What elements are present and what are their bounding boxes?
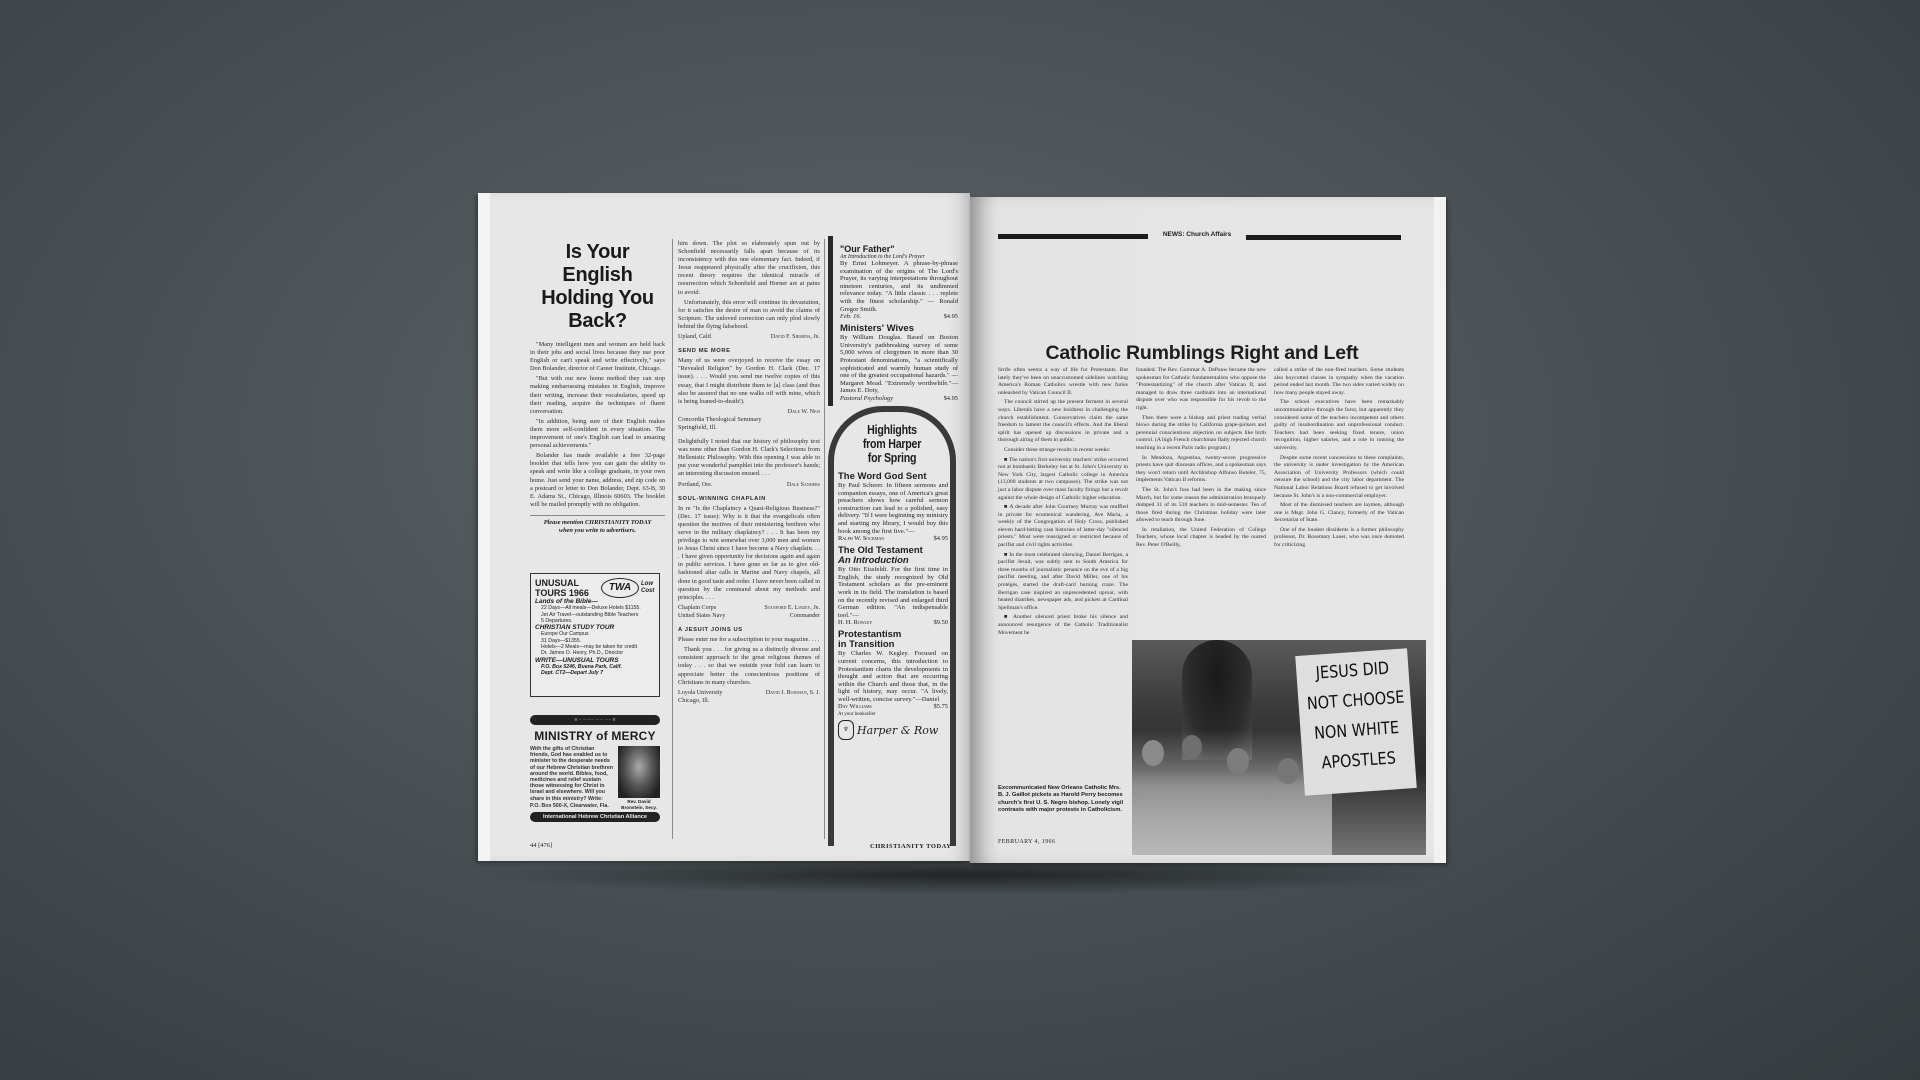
person-head bbox=[1182, 735, 1202, 759]
signature-place: Upland, Calif. bbox=[678, 333, 713, 341]
signature-place: Loyola University bbox=[678, 689, 723, 697]
paragraph: The St. John's fuss had been in the maki… bbox=[1136, 487, 1266, 525]
book-price: $5.75 bbox=[934, 703, 948, 710]
advertiser-note-line: when you write to advertisers. bbox=[530, 527, 665, 535]
paragraph: In re "Is the Chaplaincy a Quasi-Religio… bbox=[678, 505, 820, 602]
photo-caption: Bronstein, Secy. bbox=[618, 805, 660, 811]
paragraph: "Many intelligent men and women are held… bbox=[530, 341, 665, 373]
book-title: The Word God Sent bbox=[838, 472, 948, 482]
paragraph: The council stirred up the present ferme… bbox=[998, 399, 1128, 445]
signature-name: David F. Siemens, Jr. bbox=[771, 333, 820, 341]
paragraph: Despite some recent concessions to these… bbox=[1274, 455, 1404, 501]
article-column-3: called a strike of the non-fired teacher… bbox=[1274, 367, 1404, 552]
twa-tours-ad: UNUSUAL TOURS 1966 TWA Low Cost Lands of… bbox=[530, 573, 660, 697]
mercy-title: MINISTRY of MERCY bbox=[530, 729, 660, 743]
book-source: Pastoral Psychology bbox=[840, 395, 893, 402]
headline-line: Back? bbox=[530, 310, 665, 333]
paragraph: called a strike of the non-fired teacher… bbox=[1274, 367, 1404, 397]
hebrew-banner: ✡ ·· ········· ······ ····· ✡ bbox=[530, 715, 660, 725]
book-source: H. H. Rowley bbox=[838, 619, 872, 626]
person-head bbox=[1277, 758, 1299, 784]
paragraph: Thank you . . . for giving us a distinct… bbox=[678, 646, 820, 686]
signature-place: Portland, Ore. bbox=[678, 481, 712, 489]
paragraph: Consider these strange results in recent… bbox=[998, 447, 1128, 455]
harper-torch-logo-icon: ♆ bbox=[838, 720, 854, 740]
article-column-2: founded. The Rev. Gommar A. DePauw becam… bbox=[1136, 367, 1266, 552]
paragraph: One of the loudest dissidents is a forme… bbox=[1274, 527, 1404, 550]
book-source: Day Williams bbox=[838, 703, 872, 710]
article-column-1: Strife often seems a way of life for Pro… bbox=[998, 367, 1128, 639]
signature-name: Dale W. Nesi bbox=[788, 408, 820, 416]
highlights-line: for Spring bbox=[851, 451, 933, 465]
english-ad-headline: Is Your English Holding You Back? bbox=[530, 241, 665, 333]
twa-line: Dr. James O. Henry, Ph.D., Director bbox=[541, 650, 655, 656]
issue-date: FEBRUARY 4, 1966 bbox=[998, 839, 1055, 845]
advertiser-note: Please mention CHRISTIANITY TODAY when y… bbox=[530, 515, 665, 535]
signature-place: United States Navy bbox=[678, 612, 725, 620]
book-description: By Ernst Lohmeyer. A phrase-by-phrase ex… bbox=[840, 260, 958, 313]
paragraph: The school executives have been remarkab… bbox=[1274, 399, 1404, 452]
page-number: 44 [476] bbox=[530, 842, 552, 849]
twa-title: TOURS 1966 bbox=[535, 588, 589, 598]
book-subtitle: An Introduction bbox=[838, 556, 948, 566]
protest-photo: JESUS DID NOT CHOOSE NON WHITE APOSTLES bbox=[1132, 640, 1426, 855]
paragraph: Please enter me for a subscription to yo… bbox=[678, 636, 820, 644]
letter-heading: SEND ME MORE bbox=[678, 347, 820, 355]
english-ad: Is Your English Holding You Back? "Many … bbox=[530, 241, 665, 535]
headline-line: Holding You bbox=[530, 287, 665, 310]
person-head bbox=[1227, 748, 1249, 774]
paragraph: Bolander has made available a free 32-pa… bbox=[530, 452, 665, 509]
publisher-name: Harper & Row bbox=[857, 724, 938, 737]
signature-place: Concordia Theological Seminary bbox=[678, 416, 820, 424]
twa-line: Dept. CT2—Depart July 7 bbox=[541, 670, 655, 676]
mercy-address: P.O. Box 500-X, Clearwater, Fla. bbox=[530, 803, 614, 809]
section-label: NEWS: Church Affairs bbox=[1152, 231, 1242, 238]
paragraph: founded. The Rev. Gommar A. DePauw becam… bbox=[1136, 367, 1266, 413]
paragraph: him down. The plot so elaborately spun o… bbox=[678, 240, 820, 297]
signature-place: Chicago, Ill. bbox=[678, 697, 820, 705]
signature-name: Dale Sanders bbox=[787, 481, 820, 489]
column-divider bbox=[824, 239, 825, 839]
harper-row-ad: "Our Father" An Introduction to the Lord… bbox=[828, 236, 968, 846]
signature-place: Springfield, Ill. bbox=[678, 424, 820, 432]
book-title: Ministers' Wives bbox=[840, 324, 958, 334]
book-description: By Charles W. Kegley. Focused on current… bbox=[838, 650, 948, 703]
book-price: $4.95 bbox=[934, 535, 948, 542]
highlights-line: Highlights bbox=[851, 423, 933, 437]
paragraph: ■ The nation's first university teachers… bbox=[998, 457, 1128, 503]
twa-logo: TWA bbox=[601, 578, 639, 598]
person-head bbox=[1142, 740, 1164, 766]
english-ad-body: "Many intelligent men and women are held… bbox=[530, 341, 665, 509]
twa-title: UNUSUAL bbox=[535, 578, 589, 588]
bookseller-note: At your bookseller bbox=[838, 712, 948, 717]
letters-column: him down. The plot so elaborately spun o… bbox=[678, 240, 820, 705]
paragraph: Most of the dismissed teachers are layme… bbox=[1274, 502, 1404, 525]
book-source: Ralph W. Sockman bbox=[838, 535, 884, 542]
paragraph: "But with our new home method they can s… bbox=[530, 375, 665, 415]
highlights-line: from Harper bbox=[851, 437, 933, 451]
letter-heading: SOUL-WINNING CHAPLAIN bbox=[678, 495, 820, 503]
paragraph: Strife often seems a way of life for Pro… bbox=[998, 367, 1128, 397]
signature-name: David J. Bowman, S. J. bbox=[766, 689, 820, 697]
paragraph: "In addition, being sure of their Englis… bbox=[530, 418, 665, 450]
twa-line: 22 Days—All meals—Deluxe Hotels $1155. bbox=[541, 605, 655, 611]
magazine-name: CHRISTIANITY TODAY bbox=[870, 843, 951, 850]
paragraph: In retaliation, the United Federation of… bbox=[1136, 527, 1266, 550]
mercy-body: With the gifts of Christian friends, God… bbox=[530, 746, 614, 802]
book-title: in Transition bbox=[838, 640, 948, 650]
left-page: Is Your English Holding You Back? "Many … bbox=[478, 193, 970, 861]
book-title: "Our Father" bbox=[840, 244, 958, 254]
alliance-banner: International Hebrew Christian Alliance bbox=[530, 812, 660, 822]
book-date: Feb. 16. bbox=[840, 313, 861, 320]
book-price: $4.95 bbox=[944, 313, 958, 320]
column-divider bbox=[672, 239, 673, 839]
book-price: $4.95 bbox=[944, 395, 958, 402]
book-description: By William Douglas. Based on Boston Univ… bbox=[840, 334, 958, 395]
paragraph: ■ Another silenced priest broke his sile… bbox=[998, 614, 1128, 637]
book-price: $9.50 bbox=[934, 619, 948, 626]
paragraph: Then there were a bishop and priest trad… bbox=[1136, 415, 1266, 453]
portrait-photo bbox=[618, 746, 660, 798]
signature-place: Chaplain Corps bbox=[678, 604, 716, 612]
photo-caption: Excommunicated New Orleans Catholic Mrs.… bbox=[998, 785, 1126, 814]
low-cost-label: Low Cost bbox=[641, 581, 655, 595]
paragraph: ■ In the most celebrated silencing, Dani… bbox=[998, 552, 1128, 613]
advertiser-note-line: Please mention CHRISTIANITY TODAY bbox=[530, 519, 665, 527]
book-description: By Otto Eissfeldt. For the first time in… bbox=[838, 566, 948, 619]
signature-name: Stanford E. Linzey, Jr. bbox=[764, 604, 820, 612]
ad-border bbox=[828, 236, 833, 406]
signature-rank: Commander bbox=[790, 612, 820, 620]
paragraph: ■ A decade after John Courtney Murray wa… bbox=[998, 504, 1128, 550]
twa-line: Jet Air Travel—outstanding Bible Teacher… bbox=[541, 612, 655, 618]
letter-heading: A JESUIT JOINS US bbox=[678, 626, 820, 634]
section-rule-right bbox=[1246, 235, 1401, 240]
protest-sign: JESUS DID NOT CHOOSE NON WHITE APOSTLES bbox=[1295, 648, 1416, 795]
paragraph: In Mendoza, Argentina, twenty-seven prog… bbox=[1136, 455, 1266, 485]
book-description: By Paul Scherer. In fifteen sermons and … bbox=[838, 482, 948, 535]
article-headline: Catholic Rumblings Right and Left bbox=[970, 342, 1434, 365]
sign-line: APOSTLES bbox=[1310, 743, 1407, 780]
paragraph: Many of us were overjoyed to receive the… bbox=[678, 357, 820, 406]
paragraph: Delightfully I noted that our history of… bbox=[678, 438, 820, 478]
section-rule-left bbox=[998, 234, 1148, 239]
highlights-header: Highlights from Harper for Spring bbox=[851, 423, 933, 465]
paragraph: Unfortunately, this error will continue … bbox=[678, 299, 820, 331]
ministry-of-mercy-ad: ✡ ·· ········· ······ ····· ✡ MINISTRY o… bbox=[530, 715, 660, 835]
headline-line: Is Your English bbox=[530, 241, 665, 287]
